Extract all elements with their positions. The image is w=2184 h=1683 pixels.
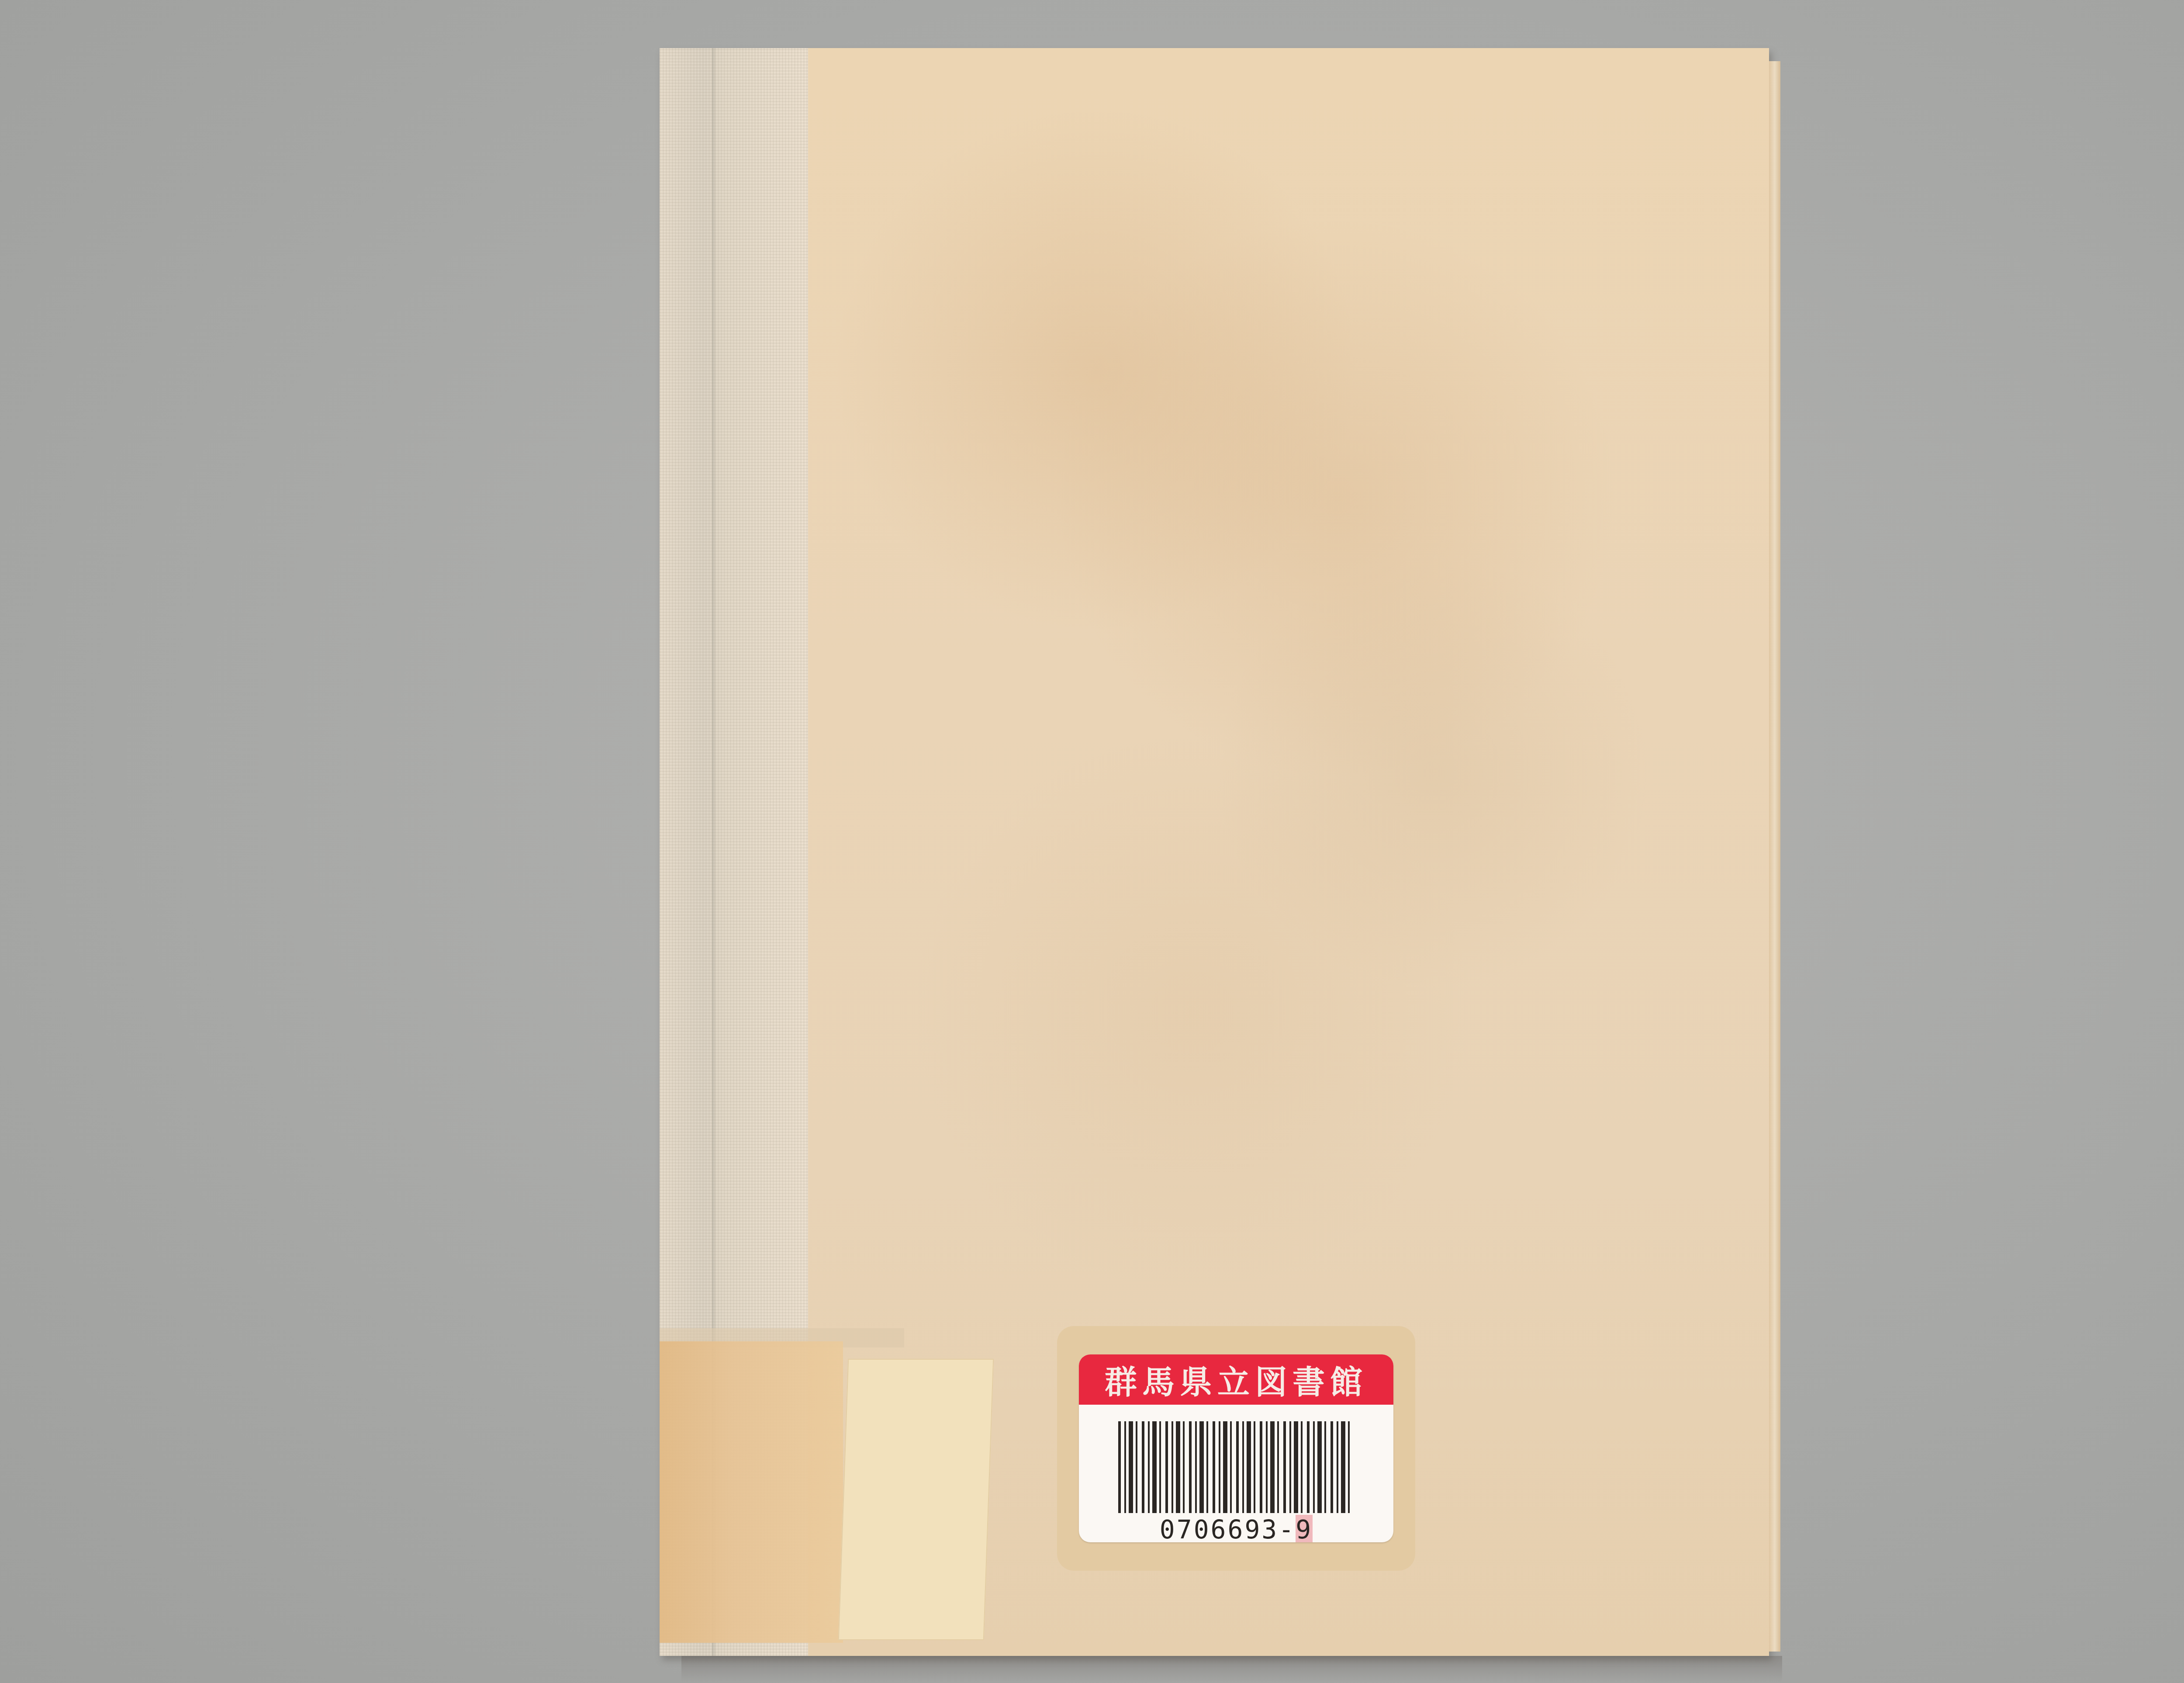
repair-tape-spine bbox=[660, 1341, 843, 1643]
library-barcode-label: 群馬県立図書館 0706693-9 bbox=[1079, 1354, 1393, 1542]
barcode-digits: 0706693- bbox=[1160, 1515, 1296, 1542]
library-name: 群馬県立図書館 bbox=[1079, 1354, 1393, 1405]
page-edge bbox=[1769, 61, 1780, 1652]
book-shadow bbox=[681, 1656, 1782, 1682]
barcode-number: 0706693-9 bbox=[1079, 1515, 1393, 1542]
book: 群馬県立図書館 0706693-9 bbox=[660, 48, 1769, 1656]
repair-tape-patch bbox=[838, 1359, 994, 1640]
barcode-icon bbox=[1118, 1421, 1354, 1513]
check-digit: 9 bbox=[1296, 1515, 1313, 1542]
